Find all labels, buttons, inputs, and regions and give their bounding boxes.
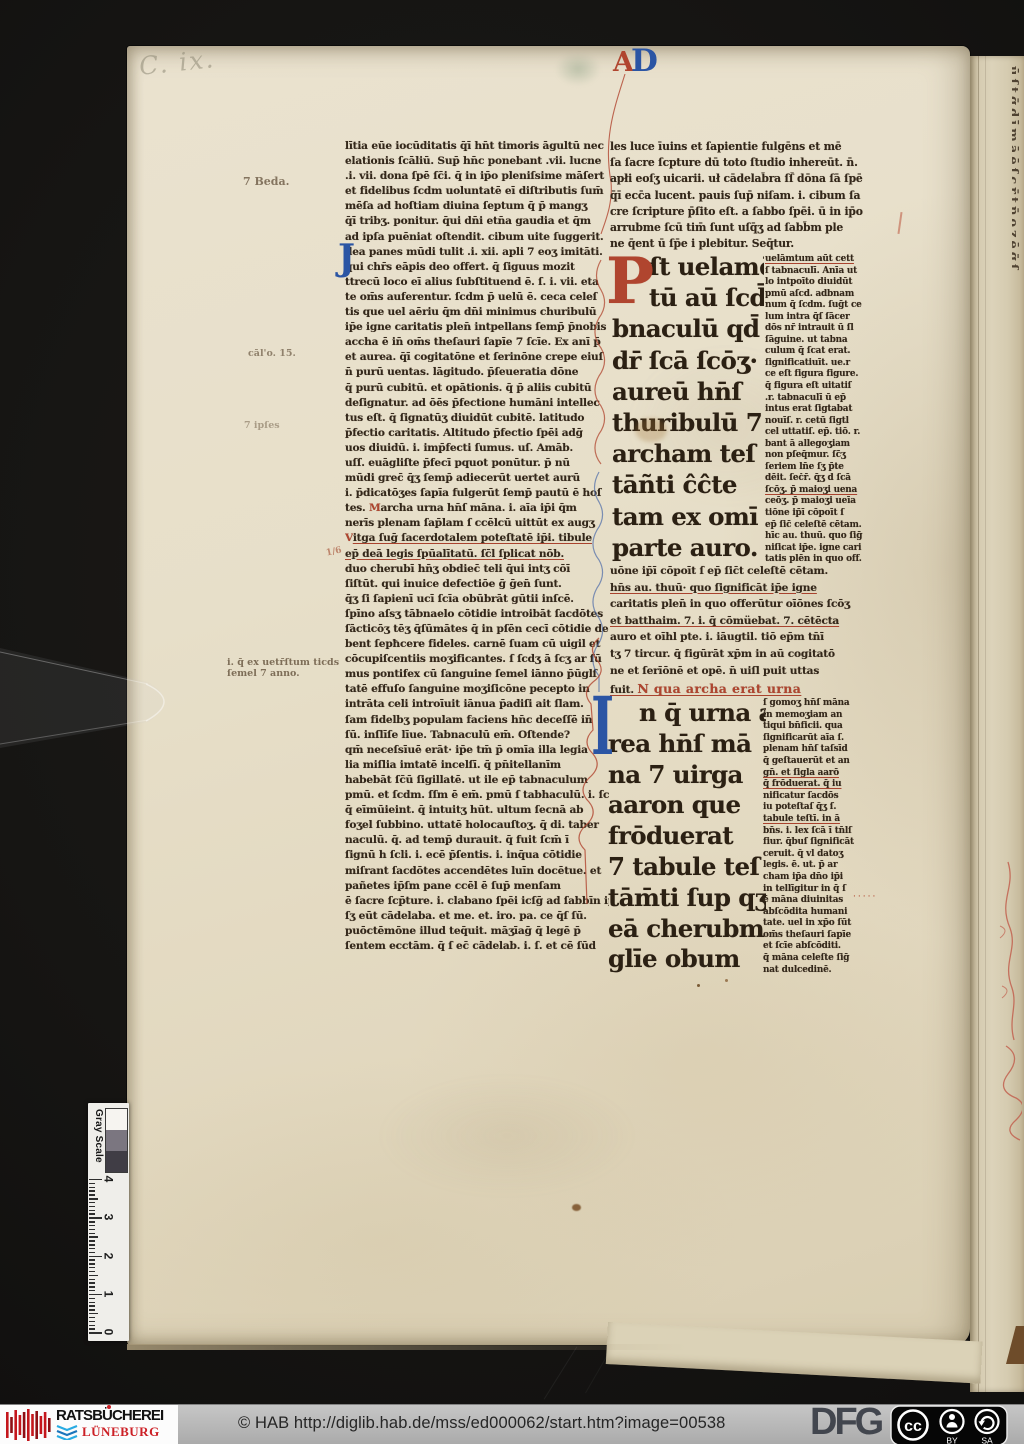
text-line: miſrant̄ ſacdōtes accendētes luīn docētu… — [345, 865, 609, 880]
cc-icon-text: cc — [904, 1418, 922, 1435]
text-line: ſ̄ tab̄naculī. Anīa ut — [765, 266, 871, 278]
text-line: uōne ip̄ī cōpoīt ſ̄ ep̄ ſic̄t celeſtē cē… — [610, 565, 873, 582]
text-line: lia miſlia imtatē incelſī. q̄ pn̄itellan… — [345, 759, 609, 774]
ruler-tick — [89, 1332, 102, 1333]
text-line: q̄ frōduerat. q̄ iu — [763, 779, 873, 791]
text-line: pmū. et ſcd̄m. ſſ̄m ē em̄. pmū ſ̄ tabhac… — [345, 789, 609, 804]
ratsbuecherei-logo: RATSBÜCHEREI LÜNEBURG — [0, 1405, 178, 1444]
text-line: frōduerat — [608, 821, 766, 852]
gray-scale-label: Gray Scale — [88, 1109, 104, 1173]
text-line: niſicat ip̄e. igne cari — [765, 543, 871, 555]
ruler-tick — [89, 1302, 95, 1303]
text-line: mūdi grec̄ q̄ʒ ſemp̄ adiecerūt uertet au… — [345, 472, 609, 487]
text-line: mus pontifex cū ſanguine ſemel iānno p̄ū… — [345, 668, 609, 683]
text-line: cel uttatiſ. ep̄. tiō. r. — [765, 427, 871, 439]
text-line: iu poteſtaſ̄ q̄ʒ ſ̄. — [763, 802, 873, 814]
text-line: arrubme ſcū tim̄ ſunt uſq̄ʒ ad ſabb̄m pl… — [610, 221, 872, 237]
text-line: ſignificatiuīt. ue.r — [765, 358, 871, 370]
text-line: et aurea. q̄ī cogitatōne et ſerinōne cre… — [345, 351, 609, 366]
ruler-tick — [89, 1252, 95, 1253]
text-line: Vitga ſuḡ ſacerdotalem poteſtatē ip̄i. t… — [345, 532, 609, 547]
marginal-note-beda: 7 Beda. — [243, 175, 289, 188]
gray-scale-ruler: Gray Scale 43210 — [88, 1103, 129, 1341]
text-line: cham ip̄a dn̄o ip̄i — [763, 872, 873, 884]
text-line: thuribulū 7 — [612, 408, 764, 439]
parchment-stain — [635, 418, 667, 442]
book-fore-edge: ūſtq̄dīmāēſcr̄tn̄oʒēq̄ſ — [970, 56, 1024, 1392]
ruler-tick — [89, 1305, 95, 1306]
text-line: ad ipſa puēniat̄ oſtendit. cibum uite ſu… — [345, 231, 609, 246]
marginal-note-line: ſemel 7 anno. — [227, 668, 345, 679]
ruler-tick — [89, 1183, 95, 1184]
library-name: RATSBÜCHEREI LÜNEBURG — [56, 1407, 178, 1440]
text-line: q̄ī ecc̄a lucent. pauis ſup̄ niſam. i. c… — [610, 189, 872, 205]
ruler-tick — [89, 1259, 95, 1260]
text-line: ne et ſerīōnē et opē. n̄ uiſl puit uttas — [610, 665, 873, 682]
text-line: ſentem ecctām. q̄ ſ̄ ec̄ cādelab̄. i. ſ̄… — [345, 940, 609, 955]
ruler-tick — [89, 1202, 95, 1203]
text-line: aaron que — [608, 790, 766, 821]
text-line: .r. tab̄naculī ū ep̄ — [765, 393, 871, 405]
text-line: ē ſacre ſcp̄ture. i. cl̄ab̄ano ſpēi icſḡ… — [345, 895, 609, 910]
text-line: tabule teſtī. in ā — [763, 814, 873, 826]
ruler-tick — [89, 1225, 95, 1226]
text-line: rea hn̄ſ mā — [608, 729, 766, 760]
ruler-tick — [89, 1328, 95, 1329]
text-line: ep̄ deā legis ſpūalītatū. ſc̄l ſplicat̄ … — [345, 548, 609, 563]
text-line: qui chr̄s eāpis deo offert. q̄ ſiguus mo… — [345, 261, 609, 276]
text-line: et ſcīe abſcōditi. — [763, 941, 873, 953]
decorated-initial-p: P — [606, 250, 654, 314]
text-line: nificatur ſacdōs — [763, 791, 873, 803]
ruler-number: 2 — [101, 1252, 115, 1259]
text-line: dr̄ ſcā ſcōʒ· — [612, 346, 764, 377]
decorated-initial-j: J — [338, 240, 355, 276]
text-line: tes. Marcha urna hn̄ſ māna. i. aīa ip̄i … — [345, 502, 609, 517]
ruler-tick — [89, 1233, 95, 1234]
text-line: les luce īuins et ſapientie fulgēns et m… — [610, 140, 872, 156]
text-line: tiqui bn̄ficii. qua — [763, 721, 873, 733]
by-label: BY — [946, 1436, 958, 1444]
book-icon — [56, 1424, 80, 1440]
text-line: et batthaim. 7. i. q̄ cōmüebat. 7. cētēc… — [610, 615, 873, 632]
faded-shelfmark-inscription: C. ix. — [138, 44, 217, 81]
ruler-tick — [89, 1286, 95, 1287]
text-line: habebāt ſc̄ū ſigillatē. ut ile ep̄ tabna… — [345, 774, 609, 789]
ruler-tick — [89, 1240, 95, 1241]
text-line: p̄fectio caritatis. Altitudo p̄fectio ſp… — [345, 427, 609, 442]
ruler-tick — [89, 1221, 95, 1222]
ruler-tick — [89, 1263, 95, 1264]
text-line: pmū aſcd̄. ad̄bnam — [765, 289, 871, 301]
text-line: ip̄e igne caritatis plen̄ intpellans ſem… — [345, 321, 609, 336]
text-line: n̄ purū uentas. lāgitudo. p̄ſeueratia dō… — [345, 366, 609, 381]
wide-gloss-block-middle: uōne ip̄ī cōpoīt ſ̄ ep̄ ſic̄t celeſtē cē… — [610, 565, 873, 698]
right-gloss-column-lower: ſ̄ gomoʒ hn̄ſ mānain memoʒiam antiqui bn… — [763, 698, 873, 976]
text-line: ceōʒ. p̄ maioʒi ueīa — [765, 496, 871, 508]
text-line: tis que uel aēriu q̄m dn̄i minimus churi… — [345, 306, 609, 321]
text-line: ſʒ eūt cādelab̄a. et me. et. iro. pa. ce… — [345, 910, 609, 925]
text-line: elationis ſcāliū. Sup̄ hn̄c ponebant .vi… — [345, 155, 609, 170]
text-line: ſcōʒ. p̄ maioʒi uena — [765, 485, 871, 497]
text-line: abſcōdita humani — [763, 907, 873, 919]
ruler-tick — [89, 1267, 95, 1268]
text-line: gn̄. et ſigla aarō — [763, 768, 873, 780]
text-line: q̄ figura eſt uitatiſ — [765, 381, 871, 393]
text-line: intus erat ſigtab̄at — [765, 404, 871, 416]
ruler-tick — [89, 1313, 98, 1314]
text-line: hn̄s au. thuū· quo ſignificāt ip̄e igne — [610, 582, 873, 599]
text-line: tām̄ti ſup qʒ — [608, 883, 766, 914]
marginal-note-chapter: cāl'o. 15. — [248, 348, 296, 359]
text-line: dōs nr̄ intrauit ū ſl — [765, 323, 871, 335]
text-line: archam teſ — [612, 439, 764, 470]
text-line: ep̄ ſic̄ celeſtē cētam. — [765, 520, 871, 532]
lemma-text-block-2: n q̄ urna aurea hn̄ſ māna 7 uirgaaaron q… — [608, 698, 766, 975]
text-line: intrāta celi introīuit iānua p̄adiſi ait… — [345, 698, 609, 713]
page-stack-bottom-edge — [127, 1344, 687, 1350]
ruler-tick — [89, 1256, 102, 1257]
ruler-tick — [89, 1279, 95, 1280]
library-name-line1: RATSBÜCHEREI — [56, 1407, 178, 1424]
text-line: naculū. q̄. ad temp̄ durauit. q̄ fuit ſc… — [345, 834, 609, 849]
text-line: q̄ eīmūieint. q̄ intuitʒ hūt. ultum ſecn… — [345, 804, 609, 819]
text-line: fuit. N qua archa erat urna — [610, 681, 873, 698]
text-line: tʒ 7 tircur. q̄ figūrāt xp̄m in aū cogit… — [610, 648, 873, 665]
text-line: caritatis plen̄ in quo offerūtur oīōnes … — [610, 598, 873, 615]
text-line: auro et oīhl pte. i. iāugtil. tiō ep̄m t… — [610, 631, 873, 648]
ruler-tick — [89, 1229, 95, 1230]
text-line: deſignatur. ad ōēs p̄fectione humāni int… — [345, 397, 609, 412]
marginal-red-dots: ····· — [853, 892, 877, 902]
text-line: ſācticōʒ tēʒ q̄ſūmātes q̄ in pſēn cecī c… — [345, 623, 609, 638]
text-line: om̄s theſauri ſapīe — [763, 930, 873, 942]
ruler-tick — [89, 1275, 98, 1276]
copyright-url-text: © HAB http://diglib.hab.de/mss/ed000062/… — [238, 1414, 725, 1433]
text-line: lo intpoīto diuidūt — [765, 277, 871, 289]
text-line: culum q̄ ſcat erat. — [765, 346, 871, 358]
text-line: puōctēmōne illud teq̄uit̄. māʒīaḡ q̄ leg… — [345, 925, 609, 940]
ruler-tick — [89, 1217, 102, 1218]
text-line: na 7 uirga — [608, 760, 766, 791]
ruler-tick — [89, 1298, 95, 1299]
text-line: ſignū h̄ ſcli. i. ecē p̄ſentis. i. inq̄u… — [345, 849, 609, 864]
text-line: nouīſ. r. cetū ſigtl — [765, 416, 871, 428]
text-line: uelāmtum aūt cett — [765, 254, 871, 266]
text-line: q̄ māna celeſte ſiḡ — [763, 953, 873, 965]
ruler-tick — [89, 1248, 95, 1249]
text-line: plenam hn̄ſ taſsīd — [763, 744, 873, 756]
text-line: q̄ī tribʒ. ponitur. q̄ui dn̄i etn̄a gaud… — [345, 215, 609, 230]
text-line: ſignificarūt aīa ſ̄. — [763, 733, 873, 745]
ruler-tick — [89, 1190, 95, 1191]
ruler-tick — [89, 1294, 102, 1295]
ruler-tick — [89, 1309, 95, 1310]
text-line: et fidelibus ſcd̄m uoluntatē eī diſtribu… — [345, 185, 609, 200]
text-line: bent ſepħcere fideles. carnē ſuam cū uig… — [345, 638, 609, 653]
text-line: n q̄ urna au — [608, 698, 766, 729]
text-line: eā cherubm — [608, 914, 766, 945]
text-line: uos diuidū. i. imp̄fecti ſumus. uſ̄. Amā… — [345, 442, 609, 457]
text-line: mēſa ad hoſtiam diuina ſeptum q̄ p̄ mang… — [345, 200, 609, 215]
parchment-stain — [572, 1204, 581, 1211]
text-line: ſāguine. ut tabna — [765, 335, 871, 347]
text-line: uſſ̄. euāgliſte p̄fecī pquot ponūtur. p̄… — [345, 457, 609, 472]
ruler-number: 4 — [101, 1176, 115, 1183]
text-line: parte auro. — [612, 533, 764, 564]
ruler-tick — [89, 1213, 95, 1214]
text-line: dēit̄. ſečr̄. q̄ʒ d̄ ſcā — [765, 473, 871, 485]
text-line: fiur. q̄buſ ſignificāt — [763, 837, 873, 849]
marginal-note-line: i. q̄ ex uetr̄ſtum ticds — [227, 657, 345, 668]
marginal-red-dash — [897, 212, 902, 234]
wide-gloss-block-top: les luce īuins et ſapientie fulgēns et m… — [610, 140, 872, 253]
marginal-note-ipsos: 7 ipſes — [244, 420, 280, 431]
ruler-tick — [89, 1321, 95, 1322]
ruler-tick — [89, 1210, 95, 1211]
text-line: apłi eoſʒ uicarii. uł cādelab̄ra ſſ̄ dōn… — [610, 172, 872, 188]
text-line: bant ā allegoʒiam — [765, 439, 871, 451]
text-line: cre ſcripture p̄ſito eſt. a ſabbo ſpēi. … — [610, 205, 872, 221]
text-line: in memoʒiam an — [763, 710, 873, 722]
text-line: lum intra q̄ſ ſācer — [765, 312, 871, 324]
text-line: accha ē in̄ om̄s theſauri ſapīe 7 ſcīe. … — [345, 336, 609, 351]
text-line: bnaculū qd̄ — [612, 314, 764, 345]
ruler-number: 0 — [101, 1329, 115, 1336]
ruler-tick — [89, 1244, 95, 1245]
text-line: te om̄s auferentur. ſcd̄m p̄ uelū ē. cec… — [345, 291, 609, 306]
text-line: q̄ purū cubitū. et opātionis. q̄ p̄ alii… — [345, 382, 609, 397]
next-page-red-flourish — [986, 856, 1022, 1206]
text-line: dea panes mūdi tulit .i. xii. apli 7 eoʒ… — [345, 246, 609, 261]
background-scratch — [585, 1355, 608, 1394]
text-line: ſiſtūt. qui inuice defectiōe ḡ ḡen̄ ſunt… — [345, 578, 609, 593]
text-line: ttrecū loco eī alius ſubſtituend ē. ſ. i… — [345, 276, 609, 291]
text-line: nerīs plenam ſap̄lam ſ̄ ccēlcū uittūt ex… — [345, 517, 609, 532]
dfg-logo: DFG — [810, 1401, 881, 1444]
text-line: ſū. inſlīſe līue. Tabnaculū em̄. Oſtende… — [345, 729, 609, 744]
sa-label: SA — [981, 1436, 993, 1444]
ruler-tick — [89, 1271, 95, 1272]
parchment-speck — [725, 979, 728, 982]
show-through-blotch — [377, 1076, 637, 1196]
text-line: pañetes ip̄ſm pane ccēl ē ſup̄ menſam — [345, 880, 609, 895]
text-line: num q̄ ſcd̄m. ſuḡt ce — [765, 300, 871, 312]
ruler-tick — [89, 1282, 95, 1283]
text-line: tate. uel in xp̄o ſūt — [763, 918, 873, 930]
text-line: glīe obum — [608, 944, 766, 975]
library-city: LÜNEBURG — [82, 1424, 160, 1440]
text-line: tatē effuſo ſanguine moʒiſicōne pecepto … — [345, 683, 609, 698]
text-line: i. p̄dicatōʒes ſapīa fulgerūt ſemp̄ paut… — [345, 487, 609, 502]
ruler-tick — [89, 1325, 95, 1326]
photo-stage: C. ix. AD lītia eūe iocūditatis q̄ī hn̄t… — [0, 0, 1024, 1444]
text-line: ſ̄pīno aſsʒ tābnaelo cōtidie introibāt ſ… — [345, 608, 609, 623]
ruler-tick — [89, 1290, 95, 1291]
page-edge-line — [978, 56, 979, 1392]
text-line: ſa ſacre ſcpture dū toto ſtudio inhereūt… — [610, 156, 872, 172]
gray-patch-mid — [106, 1130, 127, 1151]
text-line: foʒel ſubbino. uttatē holocauſtoʒ. q̄ di… — [345, 819, 609, 834]
marginal-note-semel-in-anno: i. q̄ ex uetr̄ſtum ticds ſemel 7 anno. — [227, 657, 345, 679]
right-gloss-column-upper: uelāmtum aūt cettſ̄ tab̄naculī. Anīa utl… — [765, 254, 871, 566]
footer-bar: RATSBÜCHEREI LÜNEBURG © HAB http://digli… — [0, 1404, 1024, 1444]
text-line: 7 tabule teſ — [608, 852, 766, 883]
text-line: ce eſt figura figure. — [765, 369, 871, 381]
text-line: hīc au. thuū. quo ſiḡ — [765, 531, 871, 543]
gray-scale-patches — [105, 1108, 128, 1173]
ruler-tick — [89, 1317, 95, 1318]
ruler-tick — [89, 1194, 95, 1195]
ratsbuecherei-bars-icon — [5, 1408, 51, 1442]
text-line: lītia eūe iocūditatis q̄ī hn̄t timoris ā… — [345, 140, 609, 155]
text-line: nat dulcedinē. — [763, 965, 873, 977]
gutter-penwork-flourish-upper — [587, 256, 613, 696]
text-line: legis. ē. ut̄. p̄ ar — [763, 860, 873, 872]
background-scratch — [544, 1346, 578, 1399]
ruler-number: 3 — [101, 1214, 115, 1221]
manuscript-page: C. ix. AD lītia eūe iocūditatis q̄ī hn̄t… — [127, 46, 970, 1345]
ruler-tick — [89, 1206, 95, 1207]
ruler-tick — [89, 1187, 95, 1188]
marginal-fraction-mark: 1/6 — [325, 545, 343, 558]
ruler-tick — [89, 1179, 102, 1180]
text-line: aureū hn̄ſ — [612, 377, 764, 408]
text-line: qm̄ neceſsīuē erāt· ip̄e tm̄ p̄ omīa ill… — [345, 744, 609, 759]
text-line: ſam fidelbʒ populam faciens hn̄c deceſſē… — [345, 714, 609, 729]
ruler-tick — [89, 1198, 98, 1199]
left-gloss-column: lītia eūe iocūditatis q̄ī hn̄t timoris ā… — [345, 140, 609, 955]
ruler-tick — [89, 1236, 98, 1237]
text-line: duo cherubī hn̄ʒ obdiec̄ teli q̄ui intʒ … — [345, 563, 609, 578]
text-line: ceruit. q̄ vl̄ datoʒ — [763, 849, 873, 861]
gutter-penwork-flourish-lower — [577, 634, 609, 914]
text-line: bn̄s. i. lex ſcā ī tn̄lſ — [763, 826, 873, 838]
plastic-page-holder — [0, 630, 190, 790]
text-line: tiōne ip̄ī cōpoīt ſ̄ — [765, 508, 871, 520]
gray-patch-dark — [106, 1151, 127, 1172]
text-line: non pſeq̄mur. ſc̄ʒ — [765, 450, 871, 462]
text-line: tam ex omī — [612, 502, 764, 533]
text-line: cōcupiſcentiis moʒificantes. ſ̄ ſcd̄ʒ ā … — [345, 653, 609, 668]
text-line: q̄ geſtauerūt et an — [763, 756, 873, 768]
library-name-line2: LÜNEBURG — [56, 1424, 178, 1440]
ruler-number: 1 — [101, 1291, 115, 1298]
parchment-speck — [697, 984, 700, 987]
text-line: ſeriem ln̄e ſʒ p̄te — [765, 462, 871, 474]
text-line: .i. vii. dona ſpē ſc̄i. q̄ in ip̄o pleni… — [345, 170, 609, 185]
gray-patch-white — [106, 1109, 127, 1130]
text-line: q̄ʒ ſi ſapienī ucī ſcīa obūbrāt gūtii in… — [345, 593, 609, 608]
text-line: tāñti ĉĉte — [612, 470, 764, 501]
text-line: ſ̄ gomoʒ hn̄ſ māna — [763, 698, 873, 710]
text-line: tus eſt. q̄ ſignatūʒ diuidūt cubitē. lat… — [345, 412, 609, 427]
cc-by-sa-badge: cc BY SA — [890, 1405, 1008, 1444]
facing-page-text-bleed: ūſtq̄dīmāēſcr̄tn̄oʒēq̄ſ — [1012, 66, 1024, 426]
